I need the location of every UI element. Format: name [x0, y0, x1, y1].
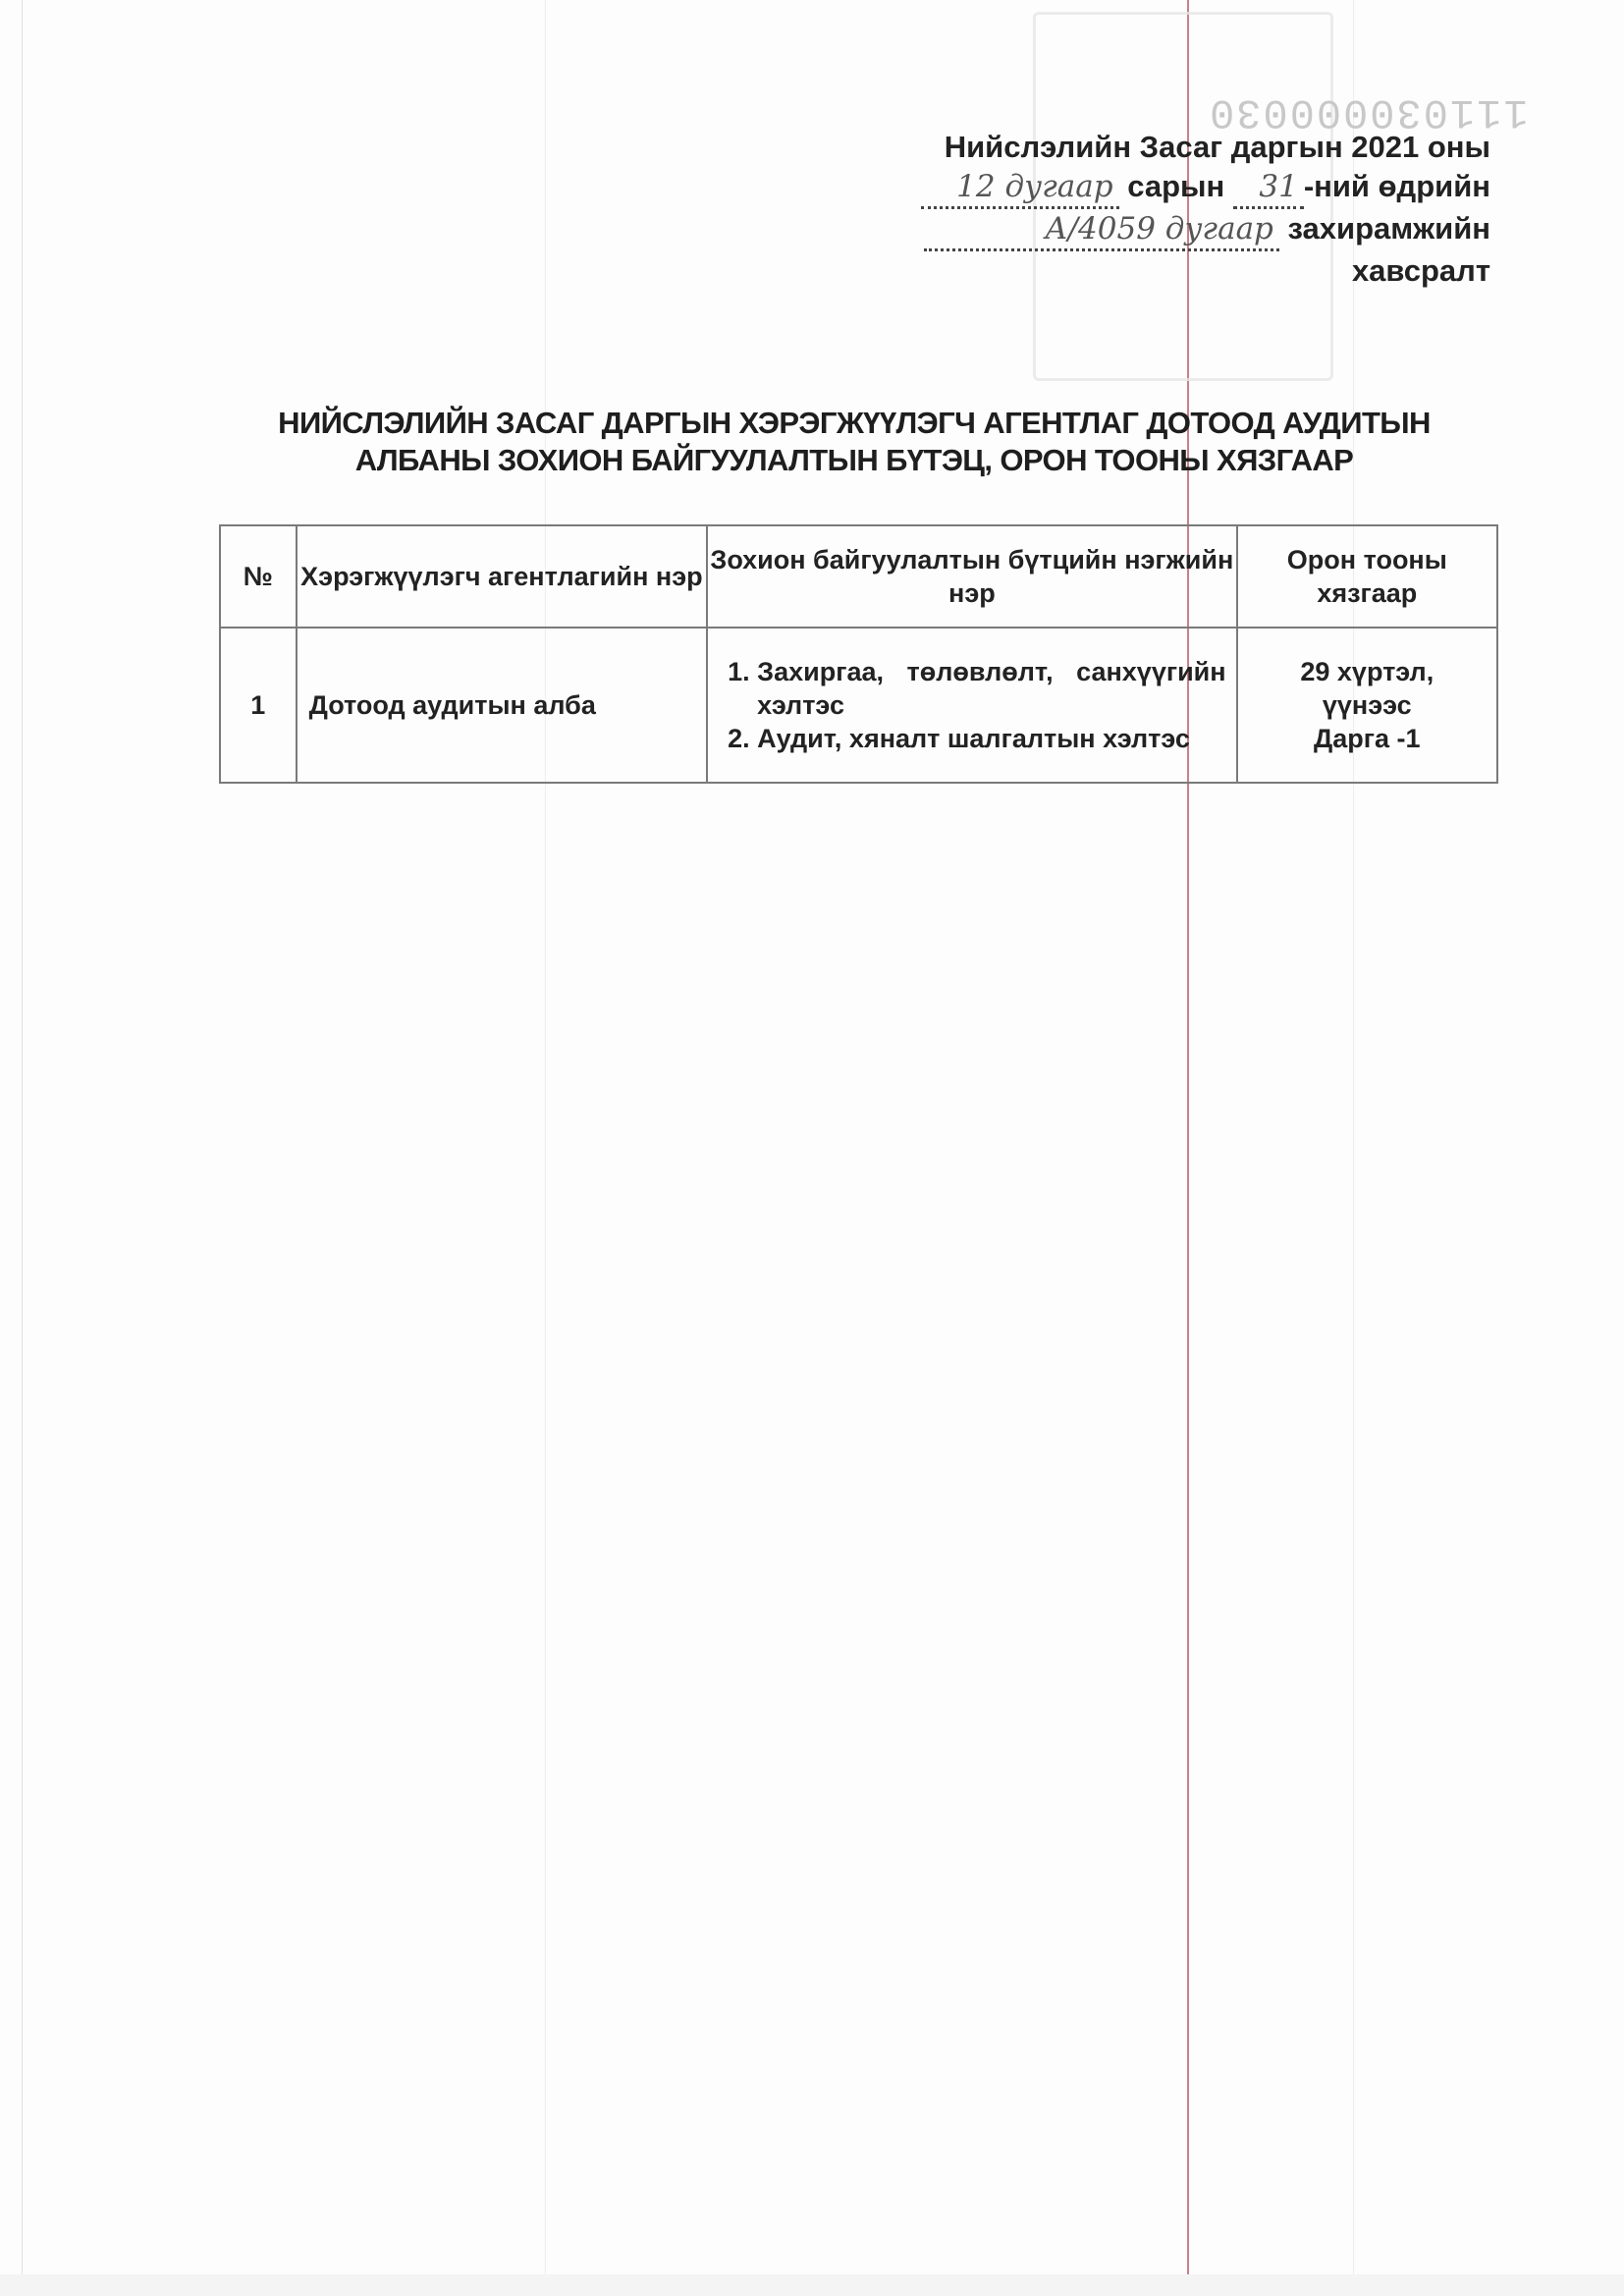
- title-line-1: НИЙСЛЭЛИЙН ЗАСАГ ДАРГЫН ХЭРЭГЖҮҮЛЭГЧ АГЕ…: [196, 405, 1512, 442]
- annex-month-label: сарын: [1127, 169, 1224, 203]
- scan-fold-line: [545, 0, 546, 2276]
- annex-line-3: А/4059 дугаар захирамжийн: [921, 209, 1490, 251]
- header-number: №: [220, 525, 297, 628]
- structure-table: № Хэрэгжүүлэгч агентлагийн нэр Зохион ба…: [219, 524, 1498, 784]
- annex-day-label: -ний өдрийн: [1304, 169, 1490, 203]
- limit-line: 29 хүртэл,: [1239, 655, 1495, 688]
- title-line-2: АЛБАНЫ ЗОХИОН БАЙГУУЛАЛТЫН БҮТЭЦ, ОРОН Т…: [196, 442, 1512, 479]
- header-agency: Хэрэгжүүлэгч агентлагийн нэр: [297, 525, 708, 628]
- unit-item: Аудит, хяналт шалгалтын хэлтэс: [757, 722, 1225, 755]
- handwritten-month: 12 дугаар: [921, 167, 1119, 209]
- document-page: 111030000030 Нийслэлийн Засаг даргын 202…: [0, 0, 1624, 2296]
- handwritten-order-number: А/4059 дугаар: [924, 209, 1279, 251]
- unit-item: Захиргаа, төлөвлөлт, санхүүгийн хэлтэс: [757, 655, 1225, 722]
- row-units: Захиргаа, төлөвлөлт, санхүүгийн хэлтэс А…: [707, 628, 1236, 783]
- annex-line-4: хавсралт: [921, 251, 1490, 291]
- header-units: Зохион байгуулалтын бүтцийн нэгжийн нэр: [707, 525, 1236, 628]
- annex-header: Нийслэлийн Засаг даргын 2021 оны 12 дуга…: [921, 128, 1490, 291]
- annex-line-1: Нийслэлийн Засаг даргын 2021 оны: [921, 128, 1490, 167]
- row-number: 1: [220, 628, 297, 783]
- header-limit: Орон тооны хязгаар: [1237, 525, 1497, 628]
- scan-edge-line: [22, 0, 23, 2276]
- annex-order-label: захирамжийн: [1288, 211, 1490, 246]
- table-header-row: № Хэрэгжүүлэгч агентлагийн нэр Зохион ба…: [220, 525, 1497, 628]
- handwritten-day: 31: [1233, 167, 1304, 209]
- scan-fold-line: [1353, 0, 1354, 2276]
- scan-bottom-edge: [0, 2274, 1624, 2296]
- document-title: НИЙСЛЭЛИЙН ЗАСАГ ДАРГЫН ХЭРЭГЖҮҮЛЭГЧ АГЕ…: [196, 405, 1512, 479]
- row-agency: Дотоод аудитын алба: [297, 628, 708, 783]
- annex-line-2: 12 дугаар сарын 31-ний өдрийн: [921, 167, 1490, 209]
- table-row: 1 Дотоод аудитын алба Захиргаа, төлөвлөл…: [220, 628, 1497, 783]
- limit-line: үүнээс: [1239, 688, 1495, 722]
- row-limit: 29 хүртэл, үүнээс Дарга -1: [1237, 628, 1497, 783]
- limit-line: Дарга -1: [1239, 722, 1495, 755]
